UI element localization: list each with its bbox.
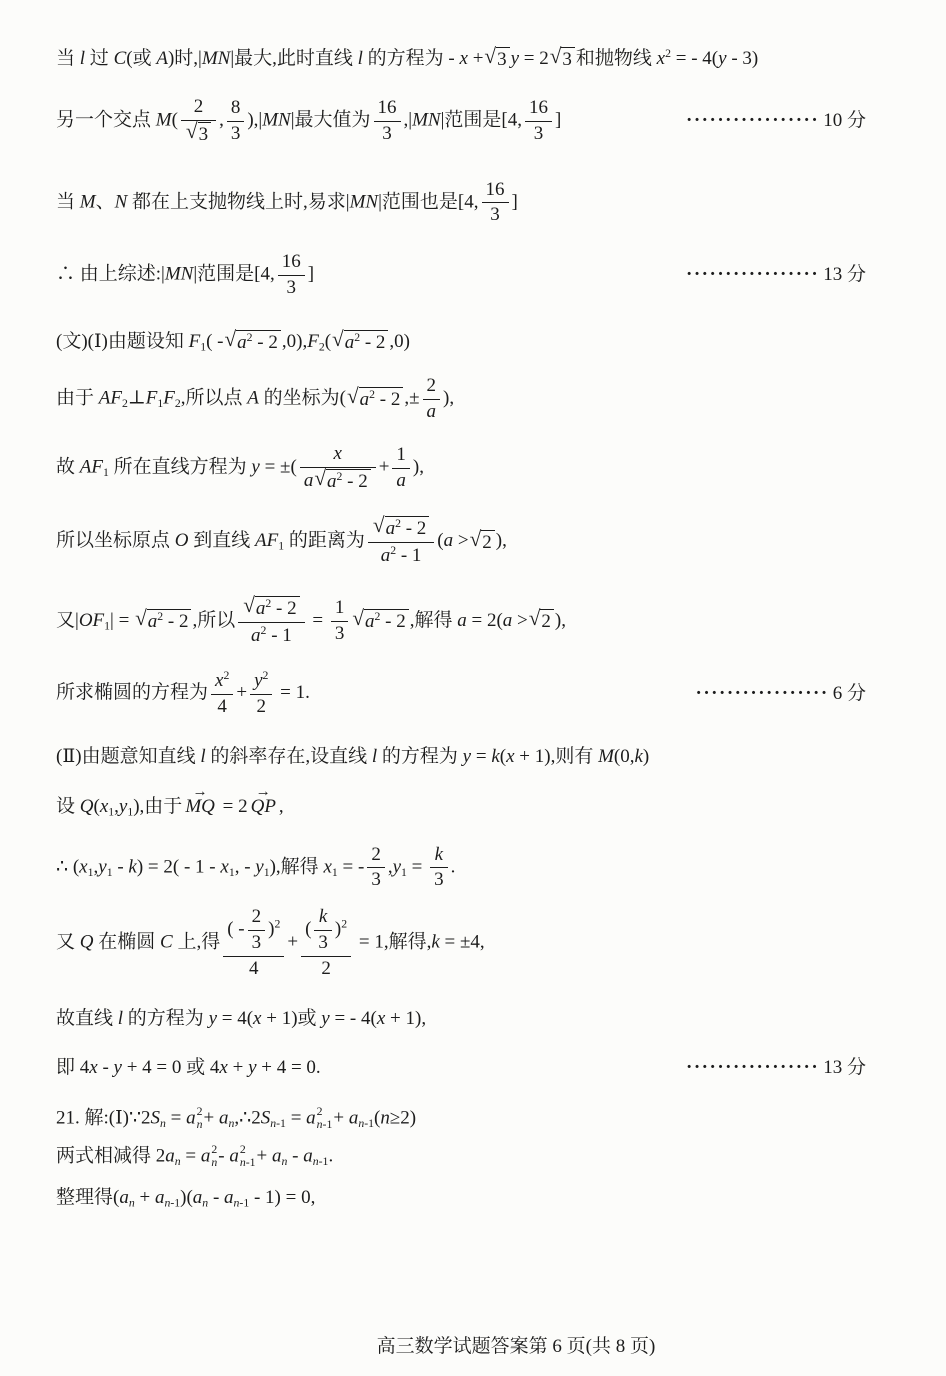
math-line: 所求椭圆的方程为x24+y22 = 1. ················· 6… bbox=[56, 669, 908, 719]
score-mark: ················· 6 分 bbox=[696, 682, 867, 707]
dotted-leader: ················· bbox=[686, 1056, 819, 1081]
math-expression: 所求椭圆的方程为x24+y22 = 1. bbox=[56, 669, 310, 719]
math-expression: 当 M、N 都在上支抛物线上时,易求|MN|范围也是[4,163] bbox=[56, 179, 518, 228]
math-expression: 由于 AF2⊥F1F2,所以点 A 的坐标为(√a2 - 2,±2a), bbox=[56, 375, 454, 424]
math-expression: 整理得(an + an-1)(an - an-1 - 1) = 0, bbox=[56, 1186, 315, 1211]
math-line: (Ⅱ)由题意知直线 l 的斜率存在,设直线 l 的方程为 y = k(x + 1… bbox=[56, 745, 908, 770]
math-expression: 又|OF1| = √a2 - 2,所以√a2 - 2a2 - 1 = 13√a2… bbox=[56, 596, 566, 648]
math-line: 21. 解:(Ⅰ)∵2Sn = a2n+ an,∴2Sn-1 = a2n-1+ … bbox=[56, 1106, 908, 1132]
math-expression: ∴ (x1,y1 - k) = 2( - 1 - x1, - y1),解得 x1… bbox=[56, 844, 455, 893]
math-expression: (文)(Ⅰ)由题设知 F1( -√a2 - 2,0),F2(√a2 - 2,0) bbox=[56, 330, 410, 355]
math-line: 两式相减得 2an = a2n- a2n-1+ an - an-1. bbox=[56, 1144, 908, 1170]
math-line: (文)(Ⅰ)由题设知 F1( -√a2 - 2,0),F2(√a2 - 2,0) bbox=[56, 330, 908, 355]
score-mark: ················· 13 分 bbox=[686, 263, 866, 288]
math-expression: 故 AF1 所在直线方程为 y = ±(xa√a2 - 2+1a), bbox=[56, 443, 424, 494]
math-line: 故直线 l 的方程为 y = 4(x + 1)或 y = - 4(x + 1), bbox=[56, 1007, 908, 1032]
math-expression: 当 l 过 C(或 A)时,|MN|最大,此时直线 l 的方程为 - x +√3… bbox=[56, 46, 758, 72]
math-line: 另一个交点 M(2√3,83),|MN|最大值为163,|MN|范围是[4,16… bbox=[56, 96, 908, 147]
score-label: 13 分 bbox=[823, 1056, 866, 1081]
dotted-leader: ················· bbox=[686, 109, 819, 134]
document-page: 当 l 过 C(或 A)时,|MN|最大,此时直线 l 的方程为 - x +√3… bbox=[0, 0, 946, 1376]
dotted-leader: ················· bbox=[686, 263, 819, 288]
math-expression: 又 Q 在椭圆 C 上,得( -23)24+(k3)22 = 1,解得,k = … bbox=[56, 906, 485, 980]
math-line: 当 M、N 都在上支抛物线上时,易求|MN|范围也是[4,163] bbox=[56, 179, 908, 228]
math-line: 当 l 过 C(或 A)时,|MN|最大,此时直线 l 的方程为 - x +√3… bbox=[56, 46, 908, 72]
math-line: 故 AF1 所在直线方程为 y = ±(xa√a2 - 2+1a), bbox=[56, 443, 908, 494]
score-label: 13 分 bbox=[823, 263, 866, 288]
score-mark: ················· 13 分 bbox=[686, 1056, 866, 1081]
math-line: 设 Q(x1,y1),由于MQ = 2QP, bbox=[56, 795, 908, 820]
math-line: 由于 AF2⊥F1F2,所以点 A 的坐标为(√a2 - 2,±2a), bbox=[56, 375, 908, 424]
math-expression: 即 4x - y + 4 = 0 或 4x + y + 4 = 0. bbox=[56, 1056, 321, 1081]
math-expression: (Ⅱ)由题意知直线 l 的斜率存在,设直线 l 的方程为 y = k(x + 1… bbox=[56, 745, 649, 770]
math-line: ∴ 由上综述:|MN|范围是[4,163] ················· … bbox=[56, 251, 908, 300]
math-expression: 设 Q(x1,y1),由于MQ = 2QP, bbox=[56, 795, 284, 820]
math-expression: 21. 解:(Ⅰ)∵2Sn = a2n+ an,∴2Sn-1 = a2n-1+ … bbox=[56, 1106, 416, 1132]
math-expression: 所以坐标原点 O 到直线 AF1 的距离为√a2 - 2a2 - 1(a >√2… bbox=[56, 516, 507, 568]
math-expression: ∴ 由上综述:|MN|范围是[4,163] bbox=[56, 251, 314, 300]
score-mark: ················· 10 分 bbox=[686, 109, 866, 134]
math-line: 即 4x - y + 4 = 0 或 4x + y + 4 = 0. ·····… bbox=[56, 1056, 908, 1081]
math-expression: 另一个交点 M(2√3,83),|MN|最大值为163,|MN|范围是[4,16… bbox=[56, 96, 561, 147]
score-label: 6 分 bbox=[833, 682, 866, 707]
math-line: 又 Q 在椭圆 C 上,得( -23)24+(k3)22 = 1,解得,k = … bbox=[56, 906, 908, 980]
math-expression: 故直线 l 的方程为 y = 4(x + 1)或 y = - 4(x + 1), bbox=[56, 1007, 426, 1032]
math-line: ∴ (x1,y1 - k) = 2( - 1 - x1, - y1),解得 x1… bbox=[56, 844, 908, 893]
math-line: 又|OF1| = √a2 - 2,所以√a2 - 2a2 - 1 = 13√a2… bbox=[56, 596, 908, 648]
score-label: 10 分 bbox=[823, 109, 866, 134]
math-line: 整理得(an + an-1)(an - an-1 - 1) = 0, bbox=[56, 1186, 908, 1211]
math-line: 所以坐标原点 O 到直线 AF1 的距离为√a2 - 2a2 - 1(a >√2… bbox=[56, 516, 908, 568]
math-expression: 两式相减得 2an = a2n- a2n-1+ an - an-1. bbox=[56, 1144, 333, 1170]
page-footer: 高三数学试题答案第 6 页(共 8 页) bbox=[90, 1335, 942, 1366]
dotted-leader: ················· bbox=[696, 682, 829, 707]
